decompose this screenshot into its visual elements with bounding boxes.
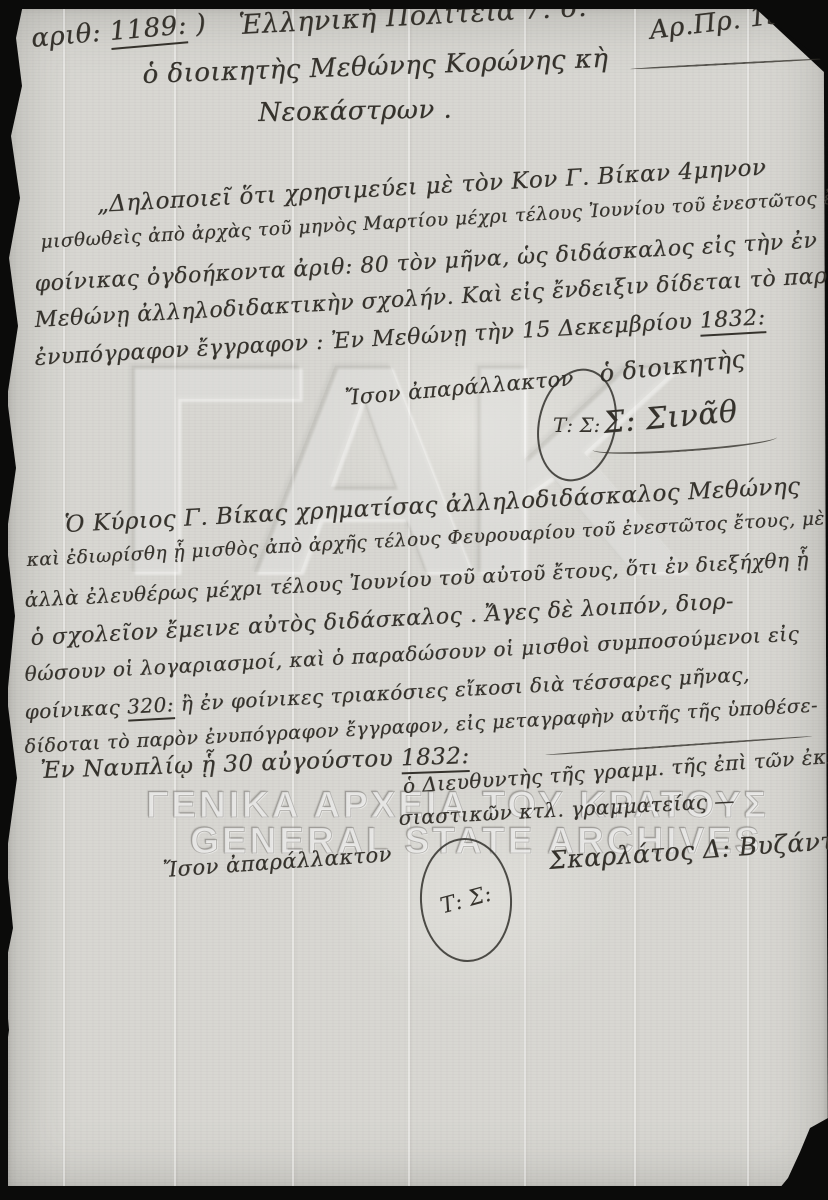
amount-320-underlined: 320: (126, 692, 174, 721)
scan-edge-bottom (0, 1186, 828, 1200)
clipped-corner-top-right (742, 0, 828, 80)
torn-edge-left (0, 0, 30, 1200)
seal-place-label: Τ: Σ: (553, 413, 600, 437)
seal-place-label: Τ: Σ: (438, 881, 495, 919)
archive-number-value: 1189: (108, 10, 188, 50)
date-1832-underlined: 1832: (699, 305, 766, 337)
scanned-manuscript-page: ΓΑΚ ΓΕΝΙΚΑ ΑΡΧΕΙΑ ΤΟΥ ΚΡΑΤΟΥΣ GENERAL ST… (0, 0, 828, 1200)
archive-number-label: αριθ: (30, 18, 102, 54)
scan-edge-top (0, 0, 828, 9)
authority-line-2: Νεοκάστρων . (258, 95, 452, 128)
paper-chain-line (747, 7, 749, 1189)
pen-stroke: ) (194, 9, 207, 40)
scan-edge-notch-bottom-right (770, 1118, 828, 1200)
